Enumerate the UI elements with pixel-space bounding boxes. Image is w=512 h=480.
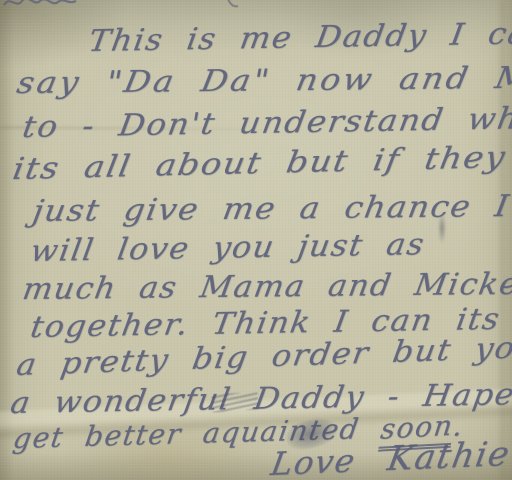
handwriting-line-3: to - Don't understand what bbox=[20, 101, 512, 145]
handwriting-line-2: say "Da Da" now and Mama bbox=[14, 60, 512, 101]
signature-name: Kathie bbox=[384, 434, 512, 479]
letter-paper: This is me Daddy I can say "Da Da" now a… bbox=[0, 0, 512, 480]
signature-closing: Love bbox=[268, 442, 359, 480]
handwriting-line-7: much as Mama and Mickey bbox=[20, 267, 512, 307]
cutoff-handwriting-strokes bbox=[0, 0, 260, 13]
handwriting-line-6: will love you just as bbox=[28, 227, 428, 269]
handwriting-line-5: just give me a chance I bbox=[30, 189, 512, 229]
handwriting-line-4: its all about but if they bbox=[10, 140, 509, 187]
handwriting-line-1: This is me Daddy I can bbox=[86, 16, 512, 59]
